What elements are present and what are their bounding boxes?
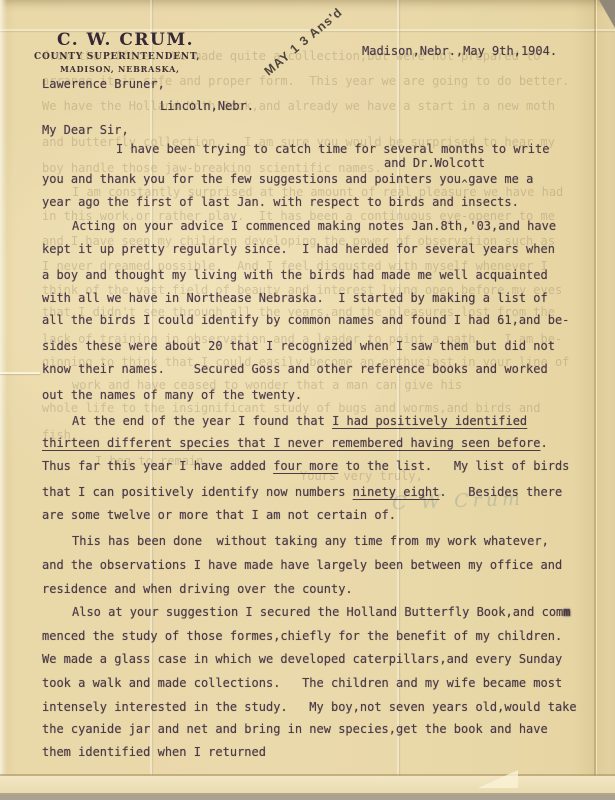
letter-line: intensely interested in the study. My bo… (42, 700, 577, 714)
text-segment: kept it up pretty regularly since. I had… (42, 242, 555, 256)
text-segment: you and thank you for the few suggestion… (42, 172, 461, 186)
letter-line: menced the study of those formes,chiefly… (42, 629, 562, 643)
text-segment: Also at your suggestion I secured the Ho… (72, 605, 563, 619)
letterhead-location: MADISON, NEBRASKA, (60, 64, 180, 74)
letter-line: sides these were about 20 that I recogni… (42, 339, 555, 353)
letter-line: are some twelve or more that I am not ce… (42, 508, 396, 522)
letter-line: and Dr.Wolcott (384, 156, 485, 170)
letter-line: the cyanide jar and net and bring in new… (42, 722, 548, 736)
text-segment: . (541, 436, 548, 450)
fold-crease (594, 0, 596, 776)
letterhead-title: COUNTY SUPERINTENDENT, (34, 52, 200, 62)
letter-line: you and thank you for the few suggestion… (42, 172, 533, 186)
letter-line: We made a glass case in which we develop… (42, 652, 562, 666)
paper-left-edge (0, 0, 7, 776)
letter-line: residence and when driving over the coun… (42, 582, 353, 596)
letter-line: thirteen different species that I never … (42, 436, 548, 450)
text-segment: with all we have in Northease Nebraska. … (42, 291, 548, 305)
letter-scan: from the office. We made quite a collect… (0, 0, 615, 800)
letter-line: and the observations I have made have la… (42, 558, 562, 572)
ghost-line: We have the Holland Moth Book,and alread… (42, 99, 555, 113)
letter-line: that I can positively identify now numbe… (42, 485, 562, 499)
text-segment: that I can positively identify now numbe… (42, 485, 353, 499)
letter-line: I have been trying to catch time for sev… (116, 142, 549, 156)
text-segment: intensely interested in the study. My bo… (42, 700, 577, 714)
text-segment: ninety eight (353, 485, 440, 499)
letter-line: a boy and thought my living with the bir… (42, 268, 548, 282)
text-segment: to the list. My list of birds (338, 459, 569, 473)
letter-line: Thus far this year I have added four mor… (42, 459, 569, 473)
text-segment: At the end of the year I found that (72, 414, 332, 428)
letter-line: out the names of many of the twenty. (42, 388, 302, 402)
letter-line: At the end of the year I found that I ha… (72, 414, 527, 428)
ghost-line: whole life to the insignificant study of… (42, 401, 541, 415)
letter-line: took a walk and made collections. The ch… (42, 676, 562, 690)
text-segment: four more (273, 459, 338, 473)
text-segment: I have been trying to catch time for sev… (116, 142, 549, 156)
text-segment: the cyanide jar and net and bring in new… (42, 722, 548, 736)
text-segment: out the names of many of the twenty. (42, 388, 302, 402)
dateline: Madison,Nebr.,May 9th,1904. (362, 44, 557, 58)
letter-line: with all we have in Northease Nebraska. … (42, 291, 548, 305)
text-segment: gave me a (468, 172, 533, 186)
text-segment: took a walk and made collections. The ch… (42, 676, 562, 690)
text-segment: Acting on your advice I commenced making… (72, 219, 556, 233)
letter-line: Acting on your advice I commenced making… (72, 219, 556, 233)
text-segment: We made a glass case in which we develop… (42, 652, 562, 666)
recipient-city: Lincoln,Nebr. (160, 99, 254, 113)
text-segment: menced the study of those formes,chiefly… (42, 629, 562, 643)
letter-line: all the birds I could identify by common… (42, 313, 569, 327)
text-segment: thirteen different species that I never … (42, 436, 541, 450)
text-segment: ^ (462, 178, 468, 190)
text-segment: I had positively identified (332, 414, 527, 428)
text-segment: and the observations I have made have la… (42, 558, 562, 572)
text-segment: This has been done without taking any ti… (72, 534, 549, 548)
second-sheet-edge (0, 776, 615, 795)
text-segment: them identified when I returned (42, 745, 266, 759)
letter-line: kept it up pretty regularly since. I had… (42, 242, 555, 256)
recipient-name: Lawerence Bruner, (42, 77, 165, 91)
letter-line: year ago the first of last Jan. with res… (42, 195, 519, 209)
letterhead-name: C. W. CRUM. (57, 30, 194, 50)
text-segment: residence and when driving over the coun… (42, 582, 353, 596)
text-segment: . Besides there (439, 485, 562, 499)
text-segment: and Dr.Wolcott (384, 156, 485, 170)
text-segment: a boy and thought my living with the bir… (42, 268, 548, 282)
text-segment: are some twelve or more that I am not ce… (42, 508, 396, 522)
text-segment: Thus far this year I have added (42, 459, 273, 473)
text-segment: all the birds I could identify by common… (42, 313, 569, 327)
letter-line: This has been done without taking any ti… (72, 534, 549, 548)
letter-line: them identified when I returned (42, 745, 266, 759)
text-segment: m (563, 605, 570, 619)
salutation: My Dear Sir, (42, 123, 129, 137)
letter-line: know their names. Secured Goss and other… (42, 362, 548, 376)
text-segment: sides these were about 20 that I recogni… (42, 339, 555, 353)
text-segment: year ago the first of last Jan. with res… (42, 195, 519, 209)
letter-line: Also at your suggestion I secured the Ho… (72, 605, 571, 619)
left-edge-tear (0, 372, 40, 374)
text-segment: know their names. Secured Goss and other… (42, 362, 548, 376)
